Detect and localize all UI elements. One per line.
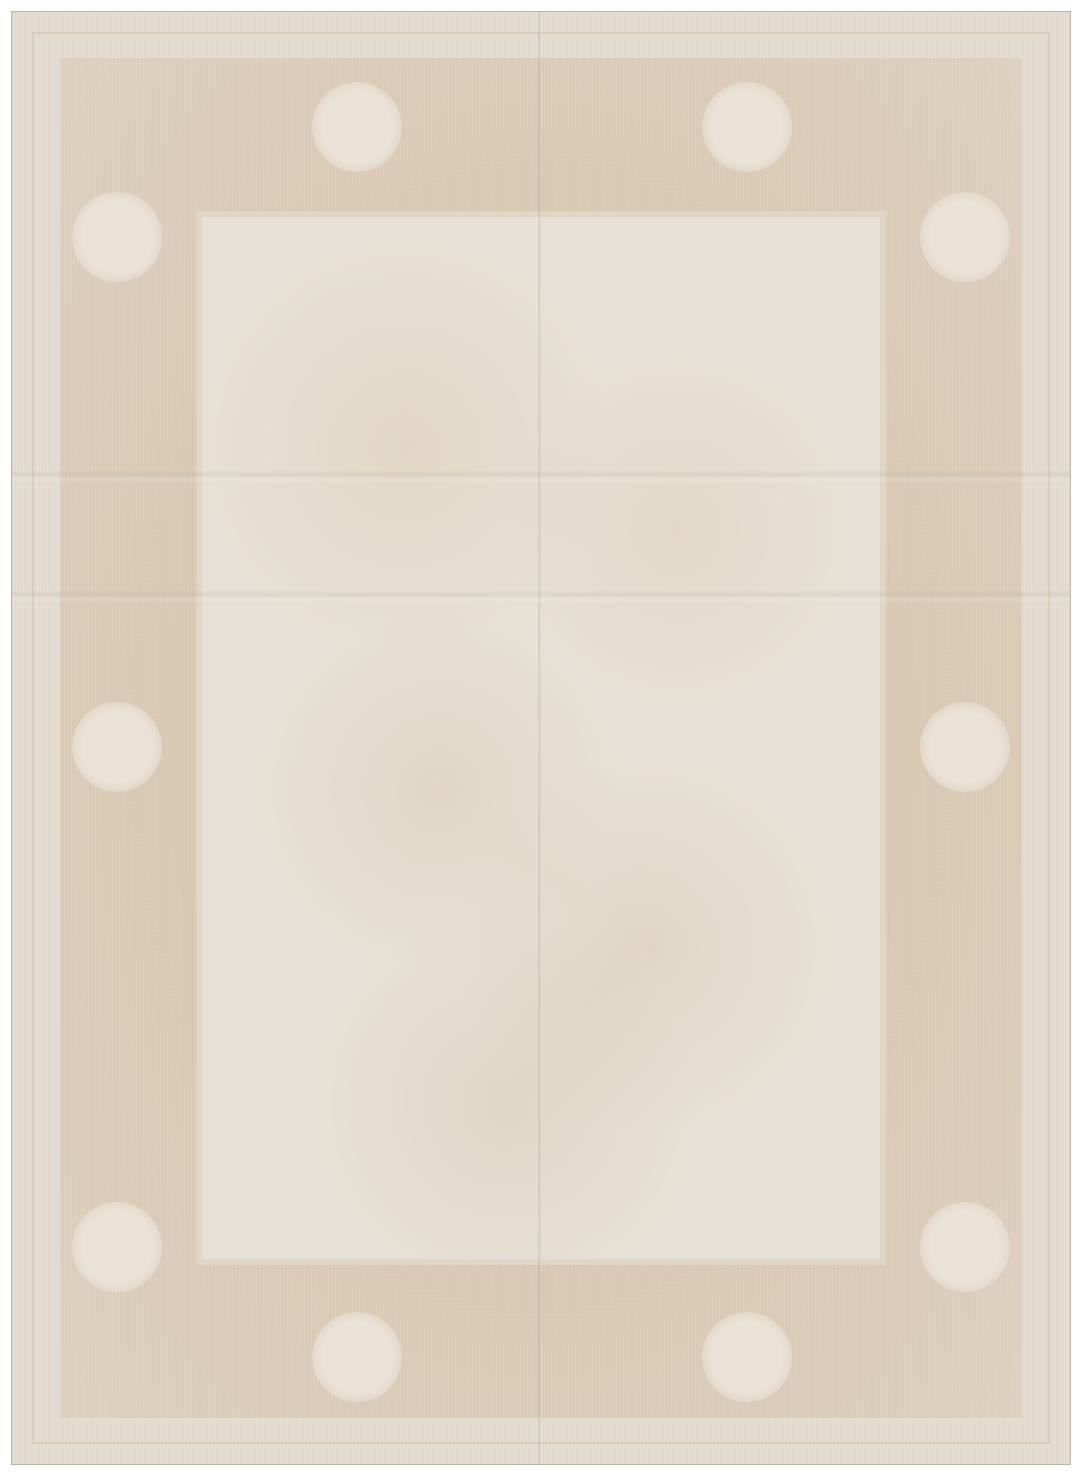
vertical-fold-line <box>538 12 541 1464</box>
border-medallion <box>702 1312 792 1402</box>
border-medallion <box>72 702 162 792</box>
border-medallion <box>72 192 162 282</box>
border-medallion <box>920 1202 1010 1292</box>
rug-field <box>202 217 880 1259</box>
border-medallion <box>920 702 1010 792</box>
horizontal-fold-line <box>12 590 1070 604</box>
border-medallion <box>72 1202 162 1292</box>
rug-image <box>12 12 1070 1464</box>
horizontal-fold-line <box>12 470 1070 484</box>
border-medallion <box>312 82 402 172</box>
border-medallion <box>702 82 792 172</box>
border-medallion <box>920 192 1010 282</box>
border-medallion <box>312 1312 402 1402</box>
